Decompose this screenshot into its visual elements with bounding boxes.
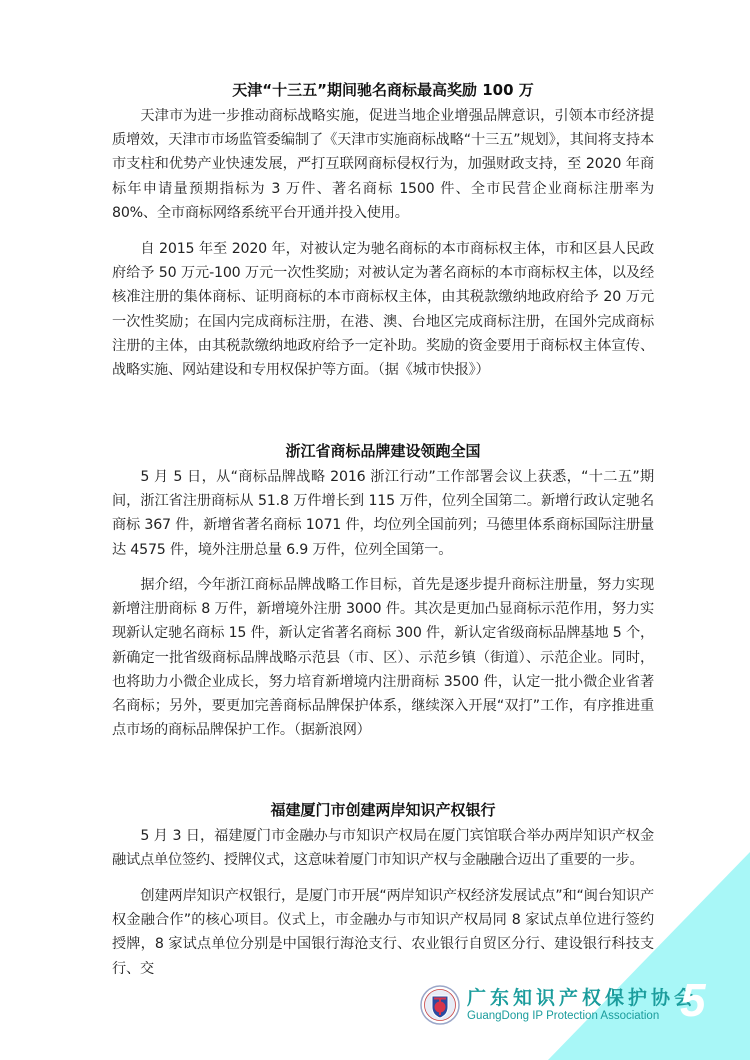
organization-name-en: GuangDong IP Protection Association bbox=[467, 1009, 697, 1024]
article-paragraph: 创建两岸知识产权银行，是厦门市开展“两岸知识产权经济发展试点”和“闽台知识产权金… bbox=[112, 884, 654, 981]
article-paragraph: 自 2015 年至 2020 年，对被认定为驰名商标的本市商标权主体，市和区县人… bbox=[112, 237, 654, 382]
footer-branding: 广东知识产权保护协会 GuangDong IP Protection Assoc… bbox=[420, 985, 697, 1025]
article-paragraph: 天津市为进一步推动商标战略实施，促进当地企业增强品牌意识，引领本市经济提质增效，… bbox=[112, 104, 654, 225]
association-emblem-icon bbox=[420, 985, 460, 1025]
article-paragraph: 5 月 5 日，从“商标品牌战略 2016 浙江行动”工作部署会议上获悉，“十二… bbox=[112, 465, 654, 562]
page-number: 5 bbox=[680, 975, 706, 1025]
organization-name-cn: 广东知识产权保护协会 bbox=[467, 987, 697, 1009]
article-paragraph: 5 月 3 日，福建厦门市金融办与市知识产权局在厦门宾馆联合举办两岸知识产权金融… bbox=[112, 824, 654, 872]
article-paragraph: 据介绍，今年浙江商标品牌战略工作目标，首先是逐步提升商标注册量，努力实现新增注册… bbox=[112, 573, 654, 742]
article-title-fujian: 福建厦门市创建两岸知识产权银行 bbox=[112, 800, 654, 820]
article-title-tianjin: 天津“十三五”期间驰名商标最高奖励 100 万 bbox=[112, 80, 654, 100]
article-title-zhejiang: 浙江省商标品牌建设领跑全国 bbox=[112, 441, 654, 461]
